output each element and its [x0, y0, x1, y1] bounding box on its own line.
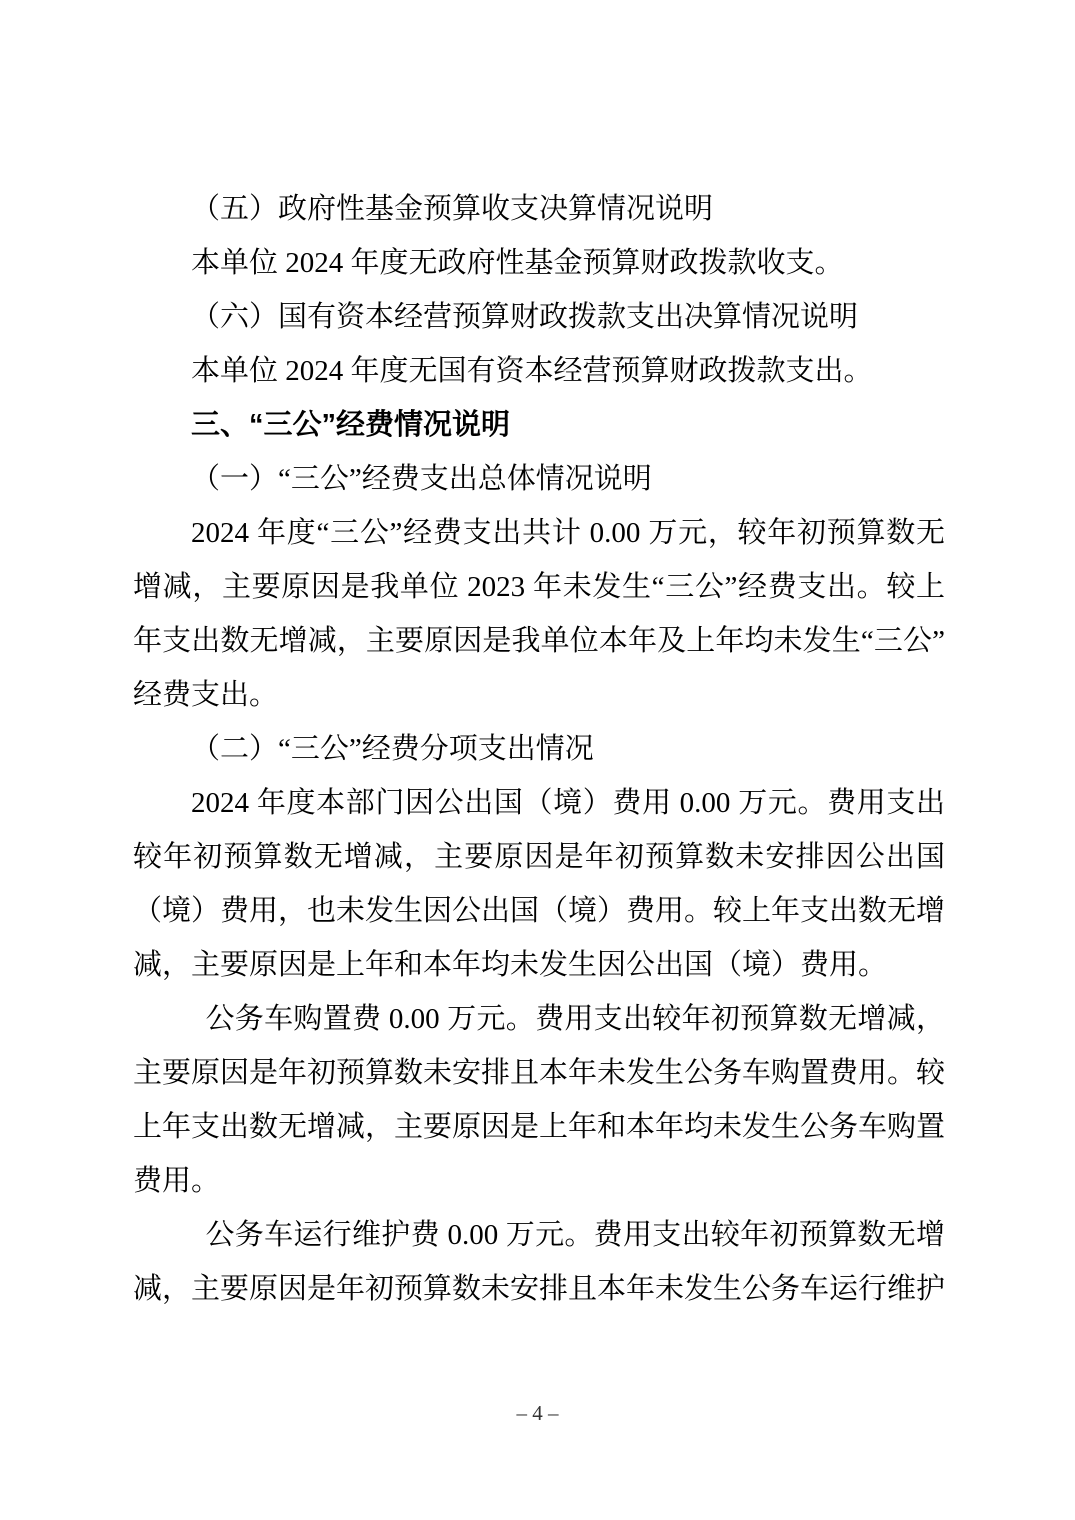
paragraph-gov-fund: 本单位 2024 年度无政府性基金预算财政拨款收支。 [133, 236, 945, 290]
document-page: （五）政府性基金预算收支决算情况说明 本单位 2024 年度无政府性基金预算财政… [0, 0, 1075, 1520]
subheading-overall-expense: （一）“三公”经费支出总体情况说明 [133, 452, 945, 506]
page-number: – 4 – [0, 1398, 1075, 1428]
subheading-itemized-expense: （二）“三公”经费分项支出情况 [133, 722, 945, 776]
paragraph-vehicle-maintenance: 公务车运行维护费 0.00 万元。费用支出较年初预算数无增减，主要原因是年初预算… [133, 1208, 945, 1316]
subheading-section-6: （六）国有资本经营预算财政拨款支出决算情况说明 [133, 290, 945, 344]
paragraph-overall-expense: 2024 年度“三公”经费支出共计 0.00 万元，较年初预算数无增减，主要原因… [133, 506, 945, 722]
heading-three-public-expenses: 三、“三公”经费情况说明 [133, 398, 945, 452]
paragraph-vehicle-purchase: 公务车购置费 0.00 万元。费用支出较年初预算数无增减，主要原因是年初预算数未… [133, 992, 945, 1208]
subheading-section-5: （五）政府性基金预算收支决算情况说明 [133, 182, 945, 236]
document-body: （五）政府性基金预算收支决算情况说明 本单位 2024 年度无政府性基金预算财政… [133, 182, 945, 1316]
paragraph-state-capital: 本单位 2024 年度无国有资本经营预算财政拨款支出。 [133, 344, 945, 398]
paragraph-overseas-travel: 2024 年度本部门因公出国（境）费用 0.00 万元。费用支出较年初预算数无增… [133, 776, 945, 992]
